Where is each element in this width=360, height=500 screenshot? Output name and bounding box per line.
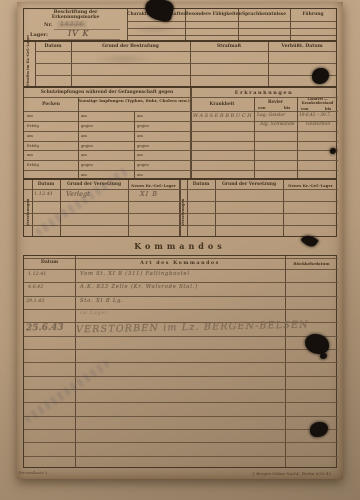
erkrankungen-title: Erkrankungen <box>190 90 338 96</box>
table-line <box>24 456 338 457</box>
col-besondere-faehigkeiten: Besondere Fähigkeiten <box>185 12 238 17</box>
card-paper: Beschriftung der Erkennungsmarke Nr. 143… <box>17 2 343 479</box>
table-line <box>24 442 338 443</box>
impf-row-label: gegen <box>81 162 93 167</box>
ident-table: Beschriftung der Erkennungsmarke Nr. 143… <box>23 8 337 41</box>
strafen-table: Strafen im Kr.-Gef.-Lager Datum Grund de… <box>23 41 337 87</box>
kommando-text: im Lager <box>80 311 108 316</box>
col-datum: Datum <box>187 182 215 187</box>
impf-row-label: am <box>81 133 87 138</box>
lazarett-von: von <box>301 106 309 111</box>
impf-row-label: Erfolg <box>27 143 39 148</box>
lager-handwritten-value: IV K <box>68 29 89 38</box>
table-line <box>24 429 338 430</box>
revier-bis: bis <box>284 105 290 110</box>
pencil-smudge <box>132 25 176 34</box>
nr-handwritten-value: 14326 <box>57 21 87 28</box>
kommando-text: Vom St. XI B (311) Fallingbostel <box>80 271 190 277</box>
impf-row-label: gegen <box>137 143 149 148</box>
table-line <box>78 97 79 178</box>
impf-row-label: am <box>81 113 87 118</box>
table-line <box>24 362 338 363</box>
table-line <box>24 160 338 161</box>
kommando-text: A.K. 833 Zelle (Kr. Walsrode Stal.) <box>80 284 198 290</box>
ink-blot <box>305 334 329 354</box>
table-line <box>35 51 336 52</box>
table-line <box>24 309 338 310</box>
lazarett-bis: bis <box>325 106 331 111</box>
table-line <box>24 376 338 377</box>
revier-von: von <box>258 105 266 110</box>
col-strafmass: Strafmaß <box>190 44 268 49</box>
table-line <box>35 63 336 64</box>
table-line <box>24 141 338 142</box>
lager-label: Lager: <box>30 32 48 38</box>
col-krankheit: Krankheit <box>190 102 254 107</box>
impf-row-label: am <box>137 152 143 157</box>
table-line <box>24 336 338 337</box>
col-neues-lager: Neues Kr.-Gef.-Lager <box>283 183 338 188</box>
col-lazarett: Lazarett — Krankenbestand <box>297 98 338 106</box>
table-line <box>24 131 338 132</box>
table-line <box>127 21 336 22</box>
impf-erkrankungen-table: Schutzimpfungen während der Gefangenscha… <box>23 87 337 179</box>
impf-row-label: am <box>81 152 87 157</box>
col-datum: Datum <box>24 260 75 265</box>
impf-row-label: gegen <box>137 162 149 167</box>
table-line <box>24 170 338 171</box>
impf-row-label: am <box>27 133 33 138</box>
footer-printer-imprint: J. Bergen Söhne Nachf., Berlin 6/39 43 <box>217 471 331 476</box>
versetzung-datum-entry: 1.12.41 <box>34 191 53 197</box>
col-rueckkehrdatum: Rückkehrdatum <box>285 261 338 266</box>
col-grund-der-bestrafung: Grund der Bestrafung <box>71 44 190 49</box>
col-grund-der-versetzung: Grund der Versetzung <box>215 182 283 187</box>
kommando-text: Sta. XI B Lg. <box>80 298 124 304</box>
kommando-datum: 29.1.43 <box>26 299 44 304</box>
table-line <box>24 296 338 297</box>
revier-entry-1: Lag. Geislar <box>257 113 285 118</box>
impf-row-label: am <box>81 172 87 177</box>
table-line <box>35 75 336 76</box>
col-sprachkenntnisse: Sprachkenntnisse <box>238 12 290 17</box>
kommando-datum: 1.12.41 <box>28 272 46 277</box>
table-line <box>254 97 255 178</box>
table-line <box>127 35 336 36</box>
impf-row-label: gegen <box>137 123 149 128</box>
krankheit-entry: Wasserbruch <box>193 113 253 119</box>
lazarett-entry-2: Gestorben <box>306 122 330 127</box>
nr-label: Nr. <box>44 22 53 28</box>
footer-form-name: Personalkarte 3 <box>19 471 47 475</box>
death-note-date: 25.6.43 <box>26 323 64 334</box>
table-line <box>24 111 338 112</box>
kommandos-table: Datum Art des Kommandos Rückkehrdatum 1.… <box>23 255 337 468</box>
impfungen-title: Schutzimpfungen während der Gefangenscha… <box>24 90 190 95</box>
revier-entry-2: Alg. Schwande <box>260 122 295 127</box>
ident-title: Beschriftung der Erkennungsmarke <box>24 10 127 20</box>
strafen-side-label: Strafen im Kr.-Gef.-Lager <box>26 35 30 86</box>
fill-line <box>48 39 120 40</box>
versetzung-lager-entry: XI B <box>140 190 158 198</box>
table-line <box>24 258 338 259</box>
table-line <box>24 349 338 350</box>
impf-row-label: am <box>27 152 33 157</box>
impf-row-label: gegen <box>81 123 93 128</box>
col-neues-lager: Neues Kr.-Gef.-Lager <box>128 183 179 188</box>
col-fuehrung: Führung <box>290 12 336 17</box>
impf-row-label: Erfolg <box>27 123 39 128</box>
table-line <box>297 97 298 178</box>
col-pocken: Pocken <box>24 102 78 107</box>
impf-row-label: am <box>137 133 143 138</box>
scanned-pow-card: Beschriftung der Erkennungsmarke Nr. 143… <box>0 0 360 500</box>
kommandos-title: Kommandos <box>17 241 343 251</box>
impf-row-label: am <box>137 172 143 177</box>
col-datum: Datum <box>32 182 60 187</box>
impf-row-label: Erfolg <box>27 162 39 167</box>
impf-row-label: am <box>27 113 33 118</box>
impf-row-label: am <box>137 113 143 118</box>
table-line <box>24 416 338 417</box>
col-revier: Revier <box>254 99 297 104</box>
kommando-datum: 4.6.42 <box>28 285 43 290</box>
table-line <box>24 402 338 403</box>
table-line <box>24 150 338 151</box>
col-sonstige-impfungen: Sonstige Impfungen (Typhus, Ruhr, Choler… <box>78 99 190 104</box>
impf-row-label: gegen <box>81 143 93 148</box>
versetzungen-side-label: Versetzungen <box>26 199 30 226</box>
col-art-des-kommandos: Art des Kommandos <box>75 260 285 266</box>
lazarett-entry-1: 19.6.42 – 30.7. <box>299 113 331 118</box>
pencil-smudge <box>94 54 154 64</box>
col-datum: Datum <box>35 44 71 49</box>
versetzungen-side-label: Versetzungen <box>181 199 185 226</box>
col-verbuesst-datum: Verbüßt. Datum <box>268 44 336 49</box>
